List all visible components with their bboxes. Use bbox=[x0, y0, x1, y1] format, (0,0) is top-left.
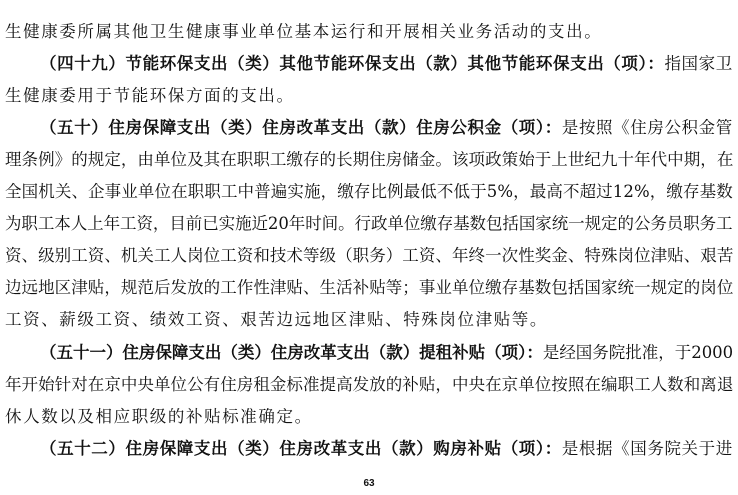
document-page: 生健康委所属其他卫生健康事业单位基本运行和开展相关业务活动的支出。 （四十九）节… bbox=[0, 0, 738, 495]
line-text: 全国机关、企事业单位在职职工中普遍实施，缴存比例最低不低于5%，最高不超过12%… bbox=[5, 182, 733, 201]
text-line: 生健康委用于节能环保方面的支出。 bbox=[5, 84, 733, 108]
section-51-heading: （五十一）住房保障支出（类）住房改革支出（款）提租补贴（项）：是经国务院批准，于… bbox=[40, 341, 733, 365]
line-text: 休人数以及相应职级的补贴标准确定。 bbox=[5, 407, 313, 426]
text-line: 全国机关、企事业单位在职职工中普遍实施，缴存比例最低不低于5%，最高不超过12%… bbox=[5, 180, 733, 204]
text-line: 理条例》的规定，由单位及其在职职工缴存的长期住房储金。该项政策始于上世纪九十年代… bbox=[5, 148, 733, 172]
line-text: 是根据《国务院关于进 bbox=[562, 439, 733, 458]
line-text: 生健康委用于节能环保方面的支出。 bbox=[5, 86, 295, 105]
text-line: 边远地区津贴，规范后发放的工作性津贴、生活补贴等；事业单位缴存基数包括国家统一规… bbox=[5, 276, 733, 300]
text-line: 工资、薪级工资、绩效工资、艰苦边远地区津贴、特殊岗位津贴等。 bbox=[5, 308, 733, 332]
text-line: 为职工本人上年工资，目前已实施近20年时间。行政单位缴存基数包括国家统一规定的公… bbox=[5, 212, 733, 236]
line-text: 边远地区津贴，规范后发放的工作性津贴、生活补贴等；事业单位缴存基数包括国家统一规… bbox=[5, 278, 733, 297]
bold-heading: （五十一）住房保障支出（类）住房改革支出（款）提租补贴（项）： bbox=[40, 343, 543, 362]
line-text: 工资、薪级工资、绩效工资、艰苦边远地区津贴、特殊岗位津贴等。 bbox=[5, 310, 548, 329]
line-text: 年开始针对在京中央单位公有住房租金标准提高发放的补贴，中央在京单位按照在编职工人… bbox=[5, 375, 733, 394]
text-line: 资、级别工资、机关工人岗位工资和技术等级（职务）工资、年终一次性奖金、特殊岗位津… bbox=[5, 244, 733, 268]
line-text: 资、级别工资、机关工人岗位工资和技术等级（职务）工资、年终一次性奖金、特殊岗位津… bbox=[5, 246, 733, 265]
line-text: 是按照《住房公积金管 bbox=[562, 118, 733, 137]
text-line: 生健康委所属其他卫生健康事业单位基本运行和开展相关业务活动的支出。 bbox=[5, 20, 733, 44]
section-52-heading: （五十二）住房保障支出（类）住房改革支出（款）购房补贴（项）：是根据《国务院关于… bbox=[40, 437, 733, 461]
section-50-heading: （五十）住房保障支出（类）住房改革支出（款）住房公积金（项）：是按照《住房公积金… bbox=[40, 116, 733, 140]
text-line: 年开始针对在京中央单位公有住房租金标准提高发放的补贴，中央在京单位按照在编职工人… bbox=[5, 373, 733, 397]
line-text: 是经国务院批准，于2000 bbox=[543, 343, 733, 362]
page-number: 63 bbox=[0, 478, 738, 489]
bold-heading: （五十二）住房保障支出（类）住房改革支出（款）购房补贴（项）： bbox=[40, 439, 562, 458]
section-49-heading: （四十九）节能环保支出（类）其他节能环保支出（款）其他节能环保支出（项）：指国家… bbox=[40, 52, 733, 76]
line-text: 指国家卫 bbox=[664, 54, 732, 73]
bold-heading: （五十）住房保障支出（类）住房改革支出（款）住房公积金（项）： bbox=[40, 118, 562, 137]
bold-heading: （四十九）节能环保支出（类）其他节能环保支出（款）其他节能环保支出（项）： bbox=[40, 54, 664, 73]
line-text: 理条例》的规定，由单位及其在职职工缴存的长期住房储金。该项政策始于上世纪九十年代… bbox=[5, 150, 733, 169]
line-text: 为职工本人上年工资，目前已实施近20年时间。行政单位缴存基数包括国家统一规定的公… bbox=[5, 214, 733, 233]
text-line: 休人数以及相应职级的补贴标准确定。 bbox=[5, 405, 733, 429]
line-text: 生健康委所属其他卫生健康事业单位基本运行和开展相关业务活动的支出。 bbox=[5, 22, 602, 41]
